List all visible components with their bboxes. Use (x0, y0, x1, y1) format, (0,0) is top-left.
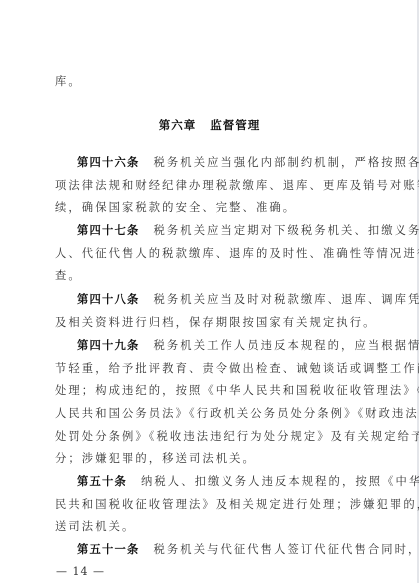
article-label: 第五十一条 (77, 543, 140, 556)
article-46-line: 项法律法规和财经纪律办理税款缴库、退库、更库及销号对账等手 (55, 179, 370, 193)
continued-text: 库。 (55, 75, 370, 89)
article-47: 第四十七条税务机关应当定期对下级税务机关、扣缴义务 (77, 224, 392, 238)
article-label: 第四十八条 (77, 293, 140, 306)
article-48: 第四十八条税务机关应当及时对税款缴库、退库、调库凭证 (77, 293, 392, 307)
article-51: 第五十一条税务机关与代征代售人签订代征代售合同时， (77, 543, 392, 557)
article-49-line: 处罚处分条例》《税收违法违纪行为处分规定》及有关规定给予处 (55, 430, 370, 444)
article-49-line: 人民共和国公务员法》《行政机关公务员处分条例》《财政违法行为 (55, 407, 370, 421)
article-50-line: 送司法机关。 (55, 520, 370, 534)
chapter-heading: 第六章监督管理 (0, 117, 419, 133)
page-number: — 14 — (56, 565, 105, 578)
article-50: 第五十条纳税人、扣缴义务人违反本规程的，按照《中华人 (77, 475, 392, 489)
article-46: 第四十六条税务机关应当强化内部制约机制，严格按照各 (77, 156, 392, 170)
article-50-line: 民共和国税收征收管理法》及相关规定进行处理；涉嫌犯罪的，移 (55, 498, 370, 512)
article-47-line: 人、代征代售人的税款缴库、退库的及时性、准确性等情况进行检 (55, 247, 370, 261)
document-page: 库。 第六章监督管理 第四十六条税务机关应当强化内部制约机制，严格按照各 项法律… (0, 0, 419, 583)
article-48-line: 及相关资料进行归档，保存期限按国家有关规定执行。 (55, 316, 370, 330)
article-49-line: 分；涉嫌犯罪的，移送司法机关。 (55, 452, 370, 466)
article-label: 第四十六条 (77, 156, 140, 169)
article-49: 第四十九条税务机关工作人员违反本规程的，应当根据情 (77, 339, 392, 353)
article-49-line: 节轻重，给予批评教育、责令做出检查、诫勉谈话或调整工作岗位 (55, 362, 370, 376)
chapter-number: 第六章 (159, 118, 197, 132)
chapter-title: 监督管理 (210, 118, 260, 132)
article-label: 第四十九条 (77, 339, 140, 352)
article-46-line: 续，确保国家税款的安全、完整、准确。 (55, 201, 370, 215)
article-49-line: 处理；构成违纪的，按照《中华人民共和国税收征收管理法》《中华 (55, 384, 370, 398)
article-label: 第五十条 (77, 475, 127, 488)
article-label: 第四十七条 (77, 224, 140, 237)
article-47-line: 查。 (55, 269, 370, 283)
